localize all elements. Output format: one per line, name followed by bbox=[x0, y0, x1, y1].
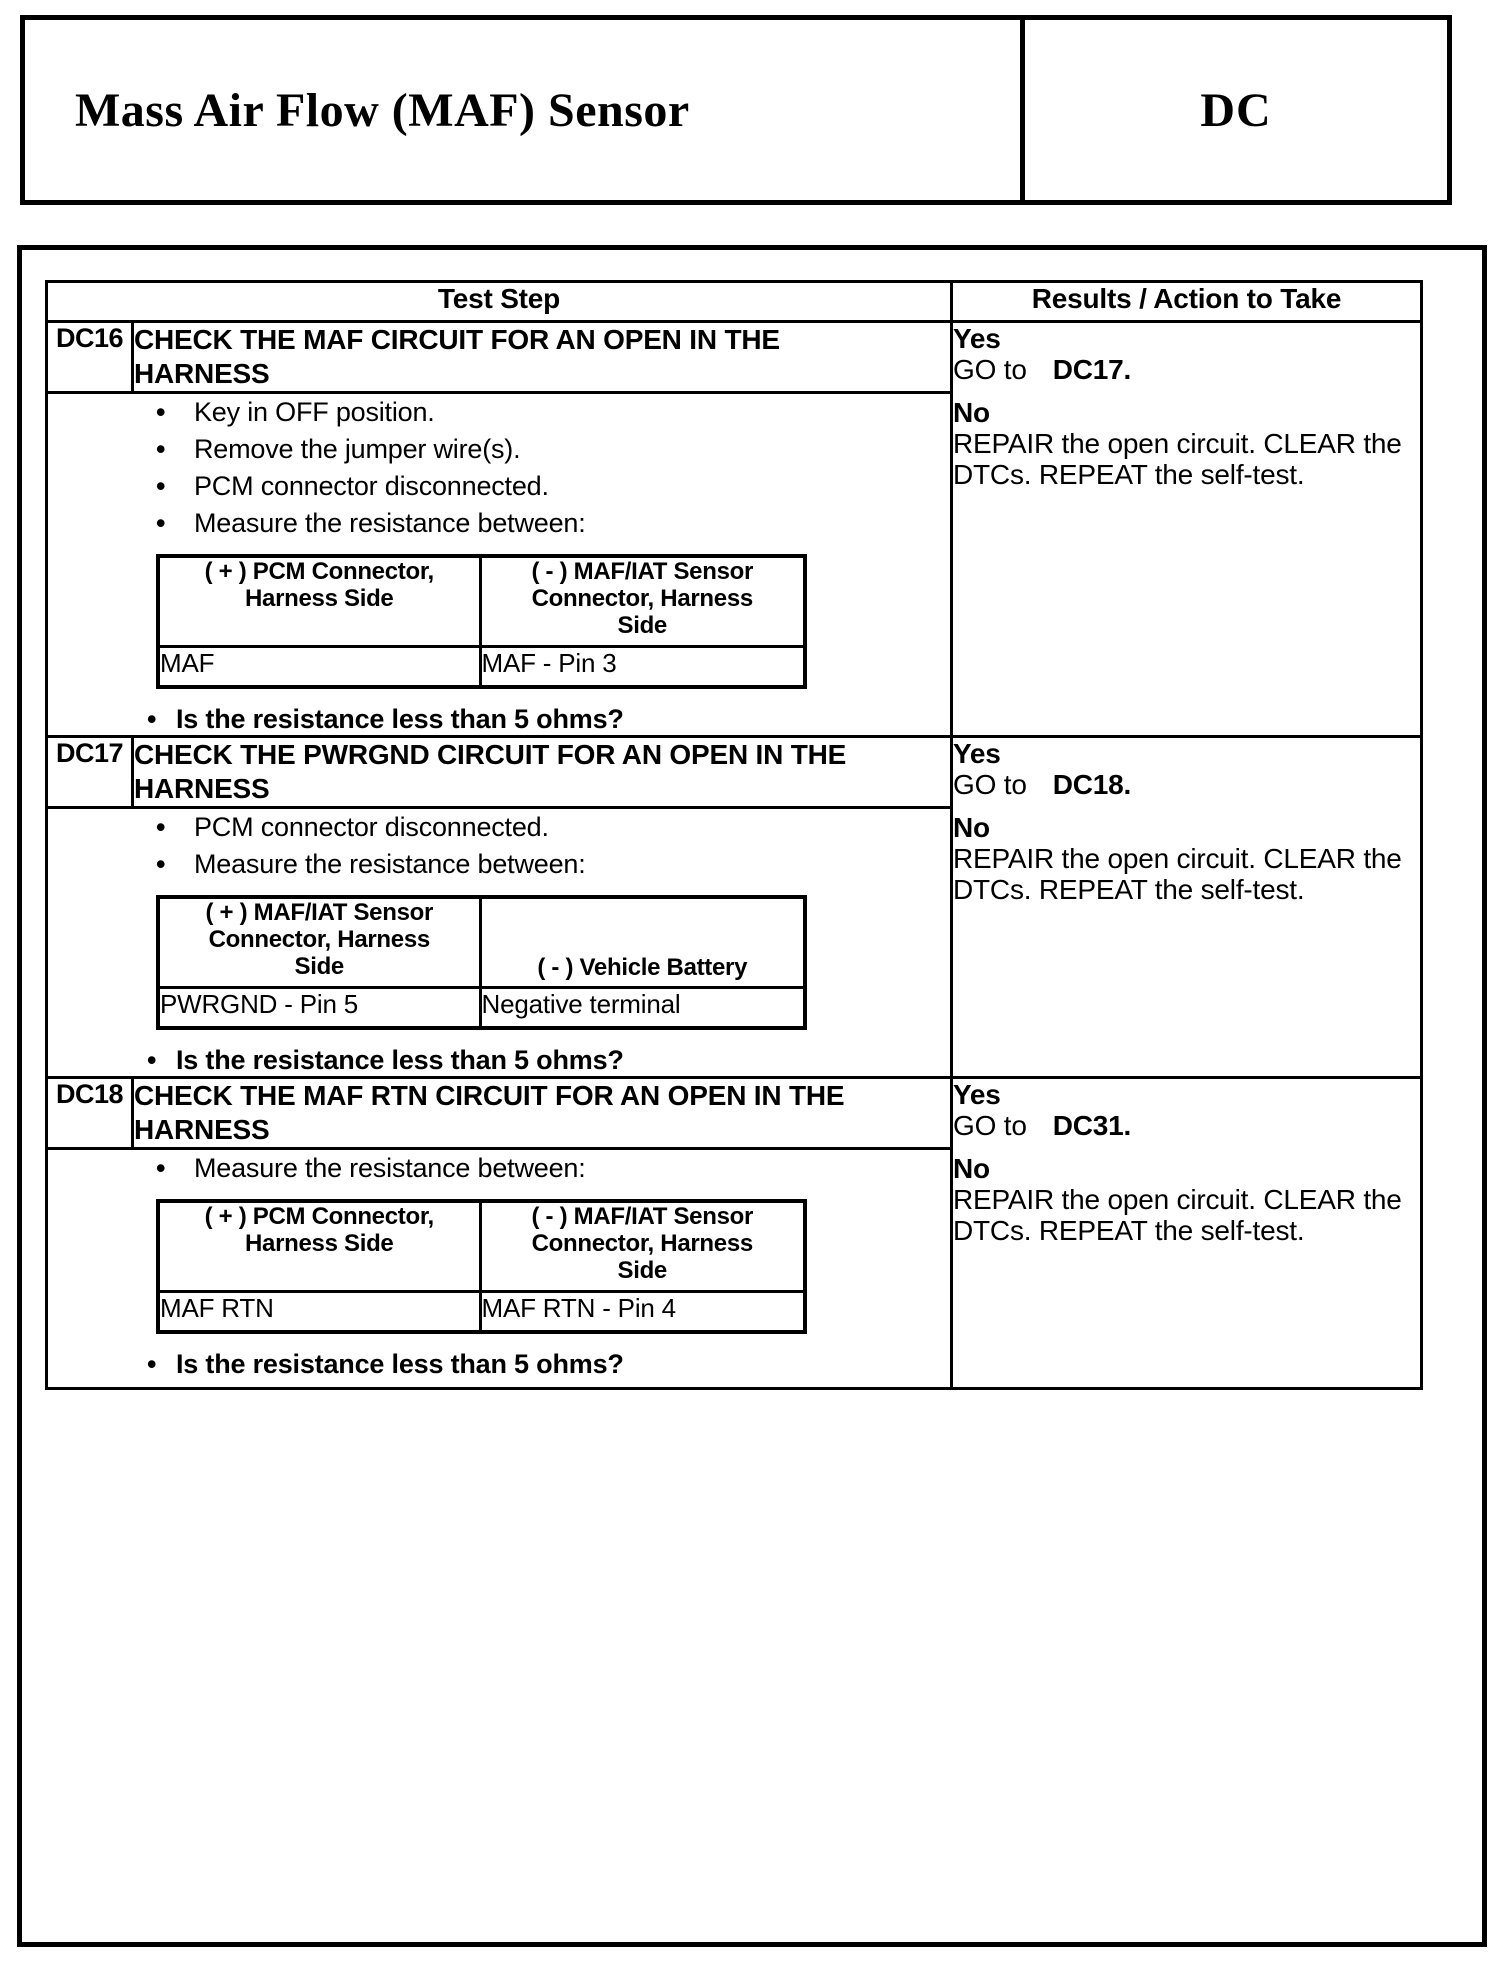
table-header-row: Test Step Results / Action to Take bbox=[47, 282, 1422, 322]
step-bullet: Measure the resistance between: bbox=[156, 1150, 950, 1187]
results-yes-target: DC31. bbox=[1053, 1110, 1131, 1141]
column-header-results: Results / Action to Take bbox=[952, 282, 1422, 322]
measurement-value-row: MAF RTN MAF RTN - Pin 4 bbox=[158, 1291, 805, 1332]
page-title: Mass Air Flow (MAF) Sensor bbox=[75, 83, 690, 138]
step-id: DC17 bbox=[47, 737, 133, 808]
manual-page: Mass Air Flow (MAF) Sensor DC Test Step … bbox=[0, 0, 1504, 1966]
page-header-code-cell: DC bbox=[1020, 20, 1447, 200]
step-title: CHECK THE MAF CIRCUIT FOR AN OPEN IN THE… bbox=[133, 322, 952, 393]
results-yes-action: GO toDC31. bbox=[953, 1110, 1420, 1141]
step-title: CHECK THE PWRGND CIRCUIT FOR AN OPEN IN … bbox=[133, 737, 952, 808]
negative-probe-value: Negative terminal bbox=[480, 987, 805, 1028]
results-yes-label: Yes bbox=[953, 1079, 1420, 1110]
step-title: CHECK THE MAF RTN CIRCUIT FOR AN OPEN IN… bbox=[133, 1078, 952, 1149]
step-bullet: Key in OFF position. bbox=[156, 394, 950, 431]
section-code: DC bbox=[1200, 83, 1271, 138]
measurement-header-row: ( + ) MAF/IAT Sensor Connector, Harness … bbox=[158, 897, 805, 987]
step-results-cell: Yes GO toDC31. No REPAIR the open circui… bbox=[952, 1078, 1422, 1389]
measurement-header-row: ( + ) PCM Connector, Harness Side ( - ) … bbox=[158, 556, 805, 646]
step-bullet: PCM connector disconnected. bbox=[156, 809, 950, 846]
results-no-action: REPAIR the open circuit. CLEAR the DTCs.… bbox=[953, 1184, 1420, 1246]
positive-probe-header: ( + ) MAF/IAT Sensor Connector, Harness … bbox=[158, 897, 480, 987]
step-id: DC18 bbox=[47, 1078, 133, 1149]
negative-probe-header: ( - ) MAF/IAT Sensor Connector, Harness … bbox=[480, 1201, 805, 1291]
results-yes-action: GO toDC17. bbox=[953, 354, 1420, 385]
step-question: Is the resistance less than 5 ohms? bbox=[147, 1044, 950, 1076]
results-yes-action: GO toDC18. bbox=[953, 769, 1420, 800]
measurement-table: ( + ) MAF/IAT Sensor Connector, Harness … bbox=[156, 895, 807, 1030]
negative-probe-header: ( - ) MAF/IAT Sensor Connector, Harness … bbox=[480, 556, 805, 646]
measurement-table: ( + ) PCM Connector, Harness Side ( - ) … bbox=[156, 554, 807, 689]
results-no-action: REPAIR the open circuit. CLEAR the DTCs.… bbox=[953, 843, 1420, 905]
step-bullet: Measure the resistance between: bbox=[156, 846, 950, 883]
column-header-test-step: Test Step bbox=[47, 282, 952, 322]
measurement-table: ( + ) PCM Connector, Harness Side ( - ) … bbox=[156, 1199, 807, 1334]
step-bullet: Remove the jumper wire(s). bbox=[156, 431, 950, 468]
step-body-cell: PCM connector disconnected. Measure the … bbox=[47, 808, 952, 1078]
positive-probe-value: MAF bbox=[158, 646, 480, 687]
results-no-label: No bbox=[953, 812, 1420, 843]
results-yes-label: Yes bbox=[953, 323, 1420, 354]
step-body-cell: Measure the resistance between: ( + ) PC… bbox=[47, 1149, 952, 1389]
content-frame: Test Step Results / Action to Take DC16 … bbox=[17, 245, 1487, 1947]
diagnostic-table: Test Step Results / Action to Take DC16 … bbox=[45, 280, 1423, 1390]
step-body-cell: Key in OFF position. Remove the jumper w… bbox=[47, 393, 952, 737]
step-id: DC16 bbox=[47, 322, 133, 393]
step-results-cell: Yes GO toDC18. No REPAIR the open circui… bbox=[952, 737, 1422, 1078]
results-no-action: REPAIR the open circuit. CLEAR the DTCs.… bbox=[953, 428, 1420, 490]
page-header-box: Mass Air Flow (MAF) Sensor DC bbox=[20, 15, 1452, 205]
measurement-value-row: MAF MAF - Pin 3 bbox=[158, 646, 805, 687]
step-question: Is the resistance less than 5 ohms? bbox=[147, 703, 950, 735]
results-yes-target: DC18. bbox=[1053, 769, 1131, 800]
positive-probe-value: PWRGND - Pin 5 bbox=[158, 987, 480, 1028]
positive-probe-header: ( + ) PCM Connector, Harness Side bbox=[158, 1201, 480, 1291]
step-results-cell: Yes GO toDC17. No REPAIR the open circui… bbox=[952, 322, 1422, 737]
step-bullet: PCM connector disconnected. bbox=[156, 468, 950, 505]
negative-probe-value: MAF RTN - Pin 4 bbox=[480, 1291, 805, 1332]
results-no-label: No bbox=[953, 1153, 1420, 1184]
results-yes-target: DC17. bbox=[1053, 354, 1131, 385]
positive-probe-header: ( + ) PCM Connector, Harness Side bbox=[158, 556, 480, 646]
results-yes-label: Yes bbox=[953, 738, 1420, 769]
measurement-header-row: ( + ) PCM Connector, Harness Side ( - ) … bbox=[158, 1201, 805, 1291]
step-title-row-dc18: DC18 CHECK THE MAF RTN CIRCUIT FOR AN OP… bbox=[47, 1078, 1422, 1149]
step-question: Is the resistance less than 5 ohms? bbox=[147, 1348, 950, 1380]
results-no-label: No bbox=[953, 397, 1420, 428]
step-title-row-dc16: DC16 CHECK THE MAF CIRCUIT FOR AN OPEN I… bbox=[47, 322, 1422, 393]
negative-probe-value: MAF - Pin 3 bbox=[480, 646, 805, 687]
step-title-row-dc17: DC17 CHECK THE PWRGND CIRCUIT FOR AN OPE… bbox=[47, 737, 1422, 808]
page-header-title-cell: Mass Air Flow (MAF) Sensor bbox=[25, 20, 1020, 200]
negative-probe-header: ( - ) Vehicle Battery bbox=[480, 897, 805, 987]
measurement-value-row: PWRGND - Pin 5 Negative terminal bbox=[158, 987, 805, 1028]
positive-probe-value: MAF RTN bbox=[158, 1291, 480, 1332]
step-bullet: Measure the resistance between: bbox=[156, 505, 950, 542]
